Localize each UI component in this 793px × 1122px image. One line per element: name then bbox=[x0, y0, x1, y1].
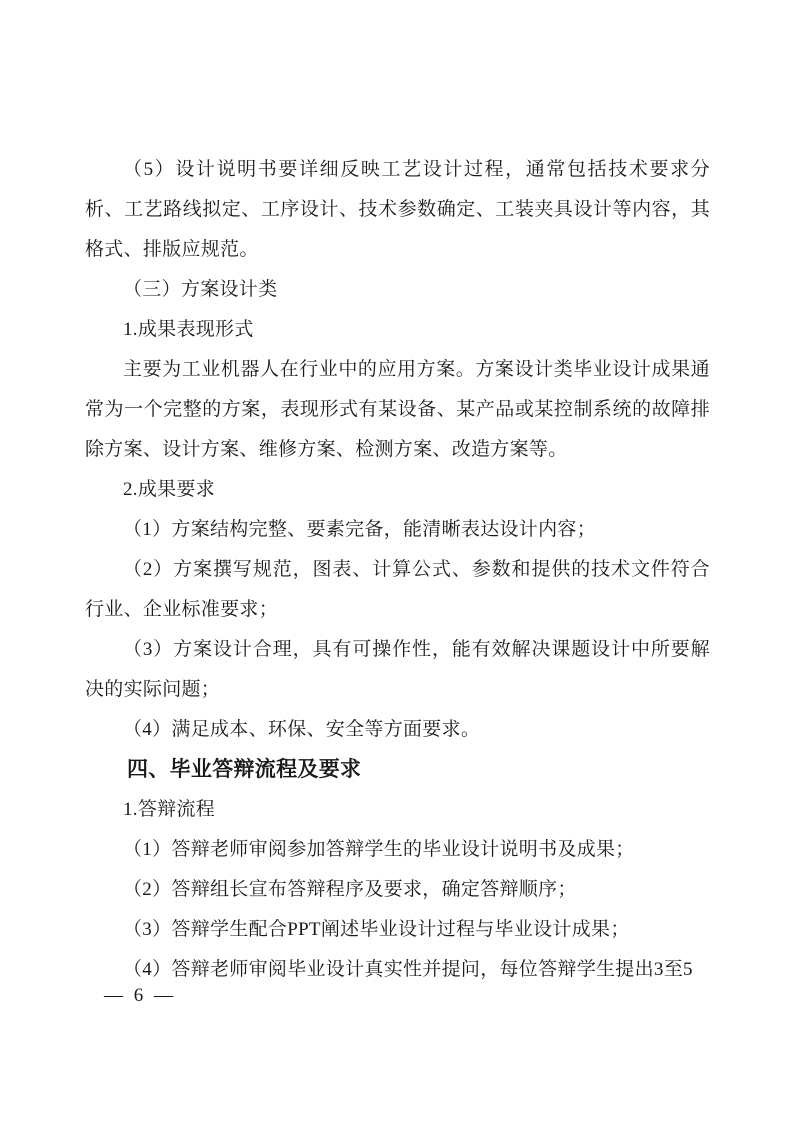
paragraph-item-5-spec-requirements: （5）设计说明书要详细反映工艺设计过程，通常包括技术要求分析、工艺路线拟定、工序… bbox=[85, 150, 710, 270]
page-number: — 6 — bbox=[104, 985, 176, 1007]
paragraph-subsection-3-title: （三）方案设计类 bbox=[85, 270, 710, 310]
paragraph-result-form-body: 主要为工业机器人在行业中的应用方案。方案设计类毕业设计成果通常为一个完整的方案，… bbox=[85, 350, 710, 470]
paragraph-requirement-3: （3）方案设计合理，具有可操作性，能有效解决课题设计中所要解决的实际问题； bbox=[85, 630, 710, 710]
paragraph-defense-step-2: （2）答辩组长宣布答辩程序及要求，确定答辩顺序； bbox=[85, 870, 710, 910]
paragraph-defense-step-1: （1）答辩老师审阅参加答辩学生的毕业设计说明书及成果； bbox=[85, 830, 710, 870]
paragraph-defense-flow-title: 1.答辩流程 bbox=[85, 790, 710, 830]
paragraph-requirement-1: （1）方案结构完整、要素完备，能清晰表达设计内容； bbox=[85, 510, 710, 550]
paragraph-requirement-4: （4）满足成本、环保、安全等方面要求。 bbox=[85, 710, 710, 750]
paragraph-result-requirements-title: 2.成果要求 bbox=[85, 470, 710, 510]
paragraph-requirement-2: （2）方案撰写规范，图表、计算公式、参数和提供的技术文件符合行业、企业标准要求； bbox=[85, 550, 710, 630]
document-page: （5）设计说明书要详细反映工艺设计过程，通常包括技术要求分析、工艺路线拟定、工序… bbox=[0, 0, 793, 1122]
paragraph-result-form-title: 1.成果表现形式 bbox=[85, 310, 710, 350]
paragraph-defense-step-4: （4）答辩老师审阅毕业设计真实性并提问，每位答辩学生提出3至5 bbox=[85, 950, 710, 990]
paragraph-defense-step-3: （3）答辩学生配合PPT阐述毕业设计过程与毕业设计成果； bbox=[85, 910, 710, 950]
section-heading-defense-process: 四、毕业答辩流程及要求 bbox=[85, 750, 710, 790]
document-body: （5）设计说明书要详细反映工艺设计过程，通常包括技术要求分析、工艺路线拟定、工序… bbox=[85, 150, 710, 990]
